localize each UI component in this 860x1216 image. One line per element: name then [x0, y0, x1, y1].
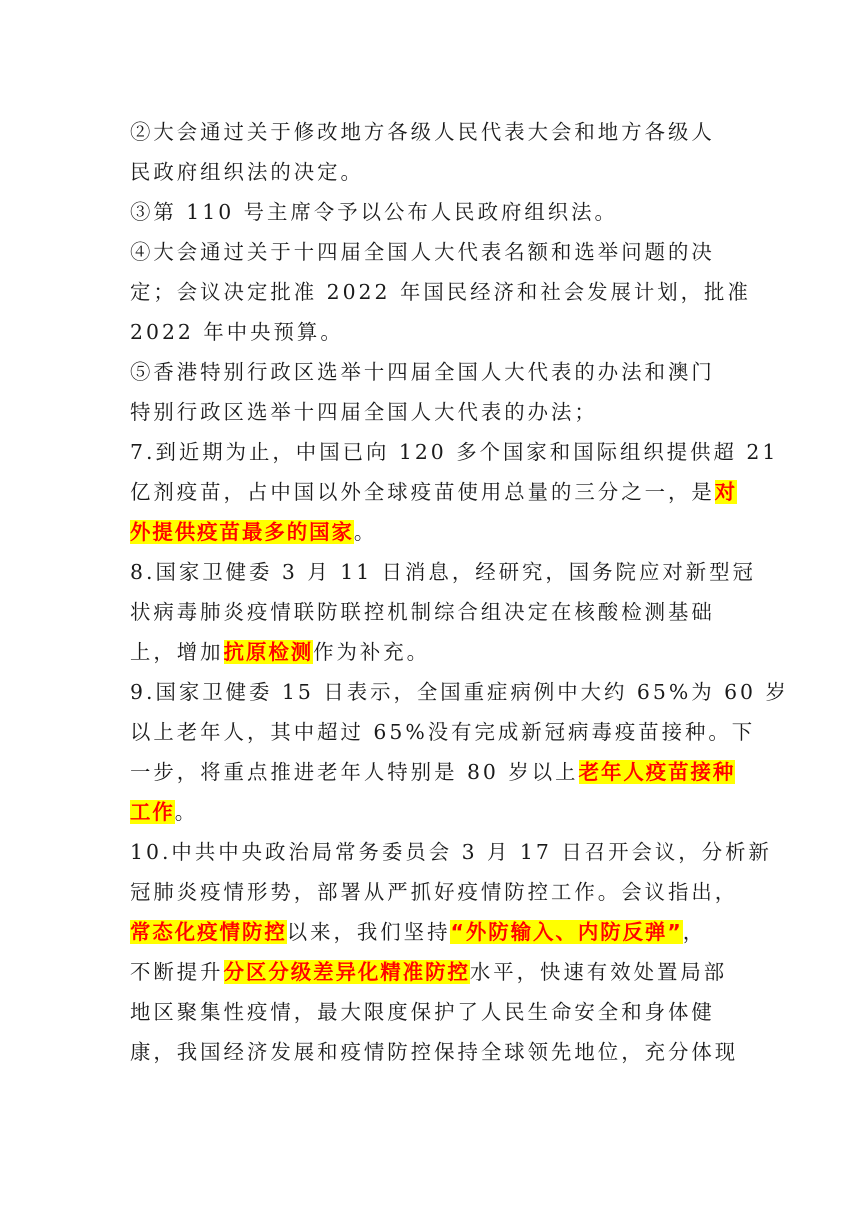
text-line: 冠肺炎疫情形势，部署从严抓好疫情防控工作。会议指出，	[130, 872, 730, 912]
text-segment: 以上老年人，其中超过 65%没有完成新冠病毒疫苗接种。下	[130, 720, 755, 744]
text-segment: 定；会议决定批准 2022 年国民经济和社会发展计划，批准	[130, 280, 751, 304]
text-segment: ，	[683, 920, 706, 944]
text-line: 状病毒肺炎疫情联防联控机制综合组决定在核酸检测基础	[130, 592, 730, 632]
text-segment: 特别行政区选举十四届全国人大代表的办法；	[130, 400, 598, 424]
text-segment: 以来，我们坚持	[287, 920, 451, 944]
document-body: ②大会通过关于修改地方各级人民代表大会和地方各级人民政府组织法的决定。③第 11…	[130, 112, 730, 1072]
text-segment: ⑤香港特别行政区选举十四届全国人大代表的办法和澳门	[130, 360, 715, 384]
text-line: 7.到近期为止，中国已向 120 多个国家和国际组织提供超 21	[130, 432, 730, 472]
highlighted-text: 分区分级差异化精准防控	[224, 960, 470, 984]
text-line: 10.中共中央政治局常务委员会 3 月 17 日召开会议，分析新	[130, 832, 730, 872]
text-line: 外提供疫苗最多的国家。	[130, 512, 730, 552]
highlighted-text: 对	[715, 480, 737, 504]
text-segment: 民政府组织法的决定。	[130, 160, 364, 184]
text-segment: 水平，快速有效处置局部	[470, 960, 727, 984]
text-segment: ④大会通过关于十四届全国人大代表名额和选举问题的决	[130, 240, 715, 264]
highlighted-text: 工作	[130, 800, 175, 824]
text-segment: 9.国家卫健委 15 日表示，全国重症病例中大约 65%为 60 岁	[130, 680, 789, 704]
text-segment: 。	[175, 800, 198, 824]
text-line: 9.国家卫健委 15 日表示，全国重症病例中大约 65%为 60 岁	[130, 672, 730, 712]
text-segment: 康，我国经济发展和疫情防控保持全球领先地位，充分体现	[130, 1040, 738, 1064]
highlighted-text: 老年人疫苗接种	[579, 760, 736, 784]
highlighted-text: 抗原检测	[224, 640, 314, 664]
text-line: 定；会议决定批准 2022 年国民经济和社会发展计划，批准	[130, 272, 730, 312]
text-line: ③第 110 号主席令予以公布人民政府组织法。	[130, 192, 730, 232]
text-segment: 2022 年中央预算。	[130, 320, 344, 344]
text-segment: 不断提升	[130, 960, 224, 984]
text-line: 上，增加抗原检测作为补充。	[130, 632, 730, 672]
text-line: ②大会通过关于修改地方各级人民代表大会和地方各级人	[130, 112, 730, 152]
text-line: 一步，将重点推进老年人特别是 80 岁以上老年人疫苗接种	[130, 752, 730, 792]
text-segment: 10.中共中央政治局常务委员会 3 月 17 日召开会议，分析新	[130, 840, 772, 864]
text-line: 民政府组织法的决定。	[130, 152, 730, 192]
text-line: 亿剂疫苗，占中国以外全球疫苗使用总量的三分之一，是对	[130, 472, 730, 512]
text-line: ④大会通过关于十四届全国人大代表名额和选举问题的决	[130, 232, 730, 272]
text-segment: 。	[354, 520, 377, 544]
highlighted-text: 常态化疫情防控	[130, 920, 287, 944]
text-segment: 亿剂疫苗，占中国以外全球疫苗使用总量的三分之一，是	[130, 480, 715, 504]
text-line: 康，我国经济发展和疫情防控保持全球领先地位，充分体现	[130, 1032, 730, 1072]
text-segment: ②大会通过关于修改地方各级人民代表大会和地方各级人	[130, 120, 715, 144]
text-segment: 状病毒肺炎疫情联防联控机制综合组决定在核酸检测基础	[130, 600, 715, 624]
text-segment: ③第 110 号主席令予以公布人民政府组织法。	[130, 200, 618, 224]
text-segment: 一步，将重点推进老年人特别是 80 岁以上	[130, 760, 579, 784]
text-line: 地区聚集性疫情，最大限度保护了人民生命安全和身体健	[130, 992, 730, 1032]
text-line: 常态化疫情防控以来，我们坚持“外防输入、内防反弹”，	[130, 912, 730, 952]
text-line: 2022 年中央预算。	[130, 312, 730, 352]
text-line: 不断提升分区分级差异化精准防控水平，快速有效处置局部	[130, 952, 730, 992]
text-line: 8.国家卫健委 3 月 11 日消息，经研究，国务院应对新型冠	[130, 552, 730, 592]
text-segment: 上，增加	[130, 640, 224, 664]
highlighted-text: 外提供疫苗最多的国家	[130, 520, 354, 544]
text-segment: 地区聚集性疫情，最大限度保护了人民生命安全和身体健	[130, 1000, 715, 1024]
highlighted-text: “外防输入、内防反弹”	[450, 920, 682, 944]
text-line: 特别行政区选举十四届全国人大代表的办法；	[130, 392, 730, 432]
text-line: ⑤香港特别行政区选举十四届全国人大代表的办法和澳门	[130, 352, 730, 392]
text-segment: 8.国家卫健委 3 月 11 日消息，经研究，国务院应对新型冠	[130, 560, 756, 584]
text-line: 工作。	[130, 792, 730, 832]
text-line: 以上老年人，其中超过 65%没有完成新冠病毒疫苗接种。下	[130, 712, 730, 752]
text-segment: 7.到近期为止，中国已向 120 多个国家和国际组织提供超 21	[130, 440, 778, 464]
text-segment: 作为补充。	[313, 640, 430, 664]
text-segment: 冠肺炎疫情形势，部署从严抓好疫情防控工作。会议指出，	[130, 880, 738, 904]
